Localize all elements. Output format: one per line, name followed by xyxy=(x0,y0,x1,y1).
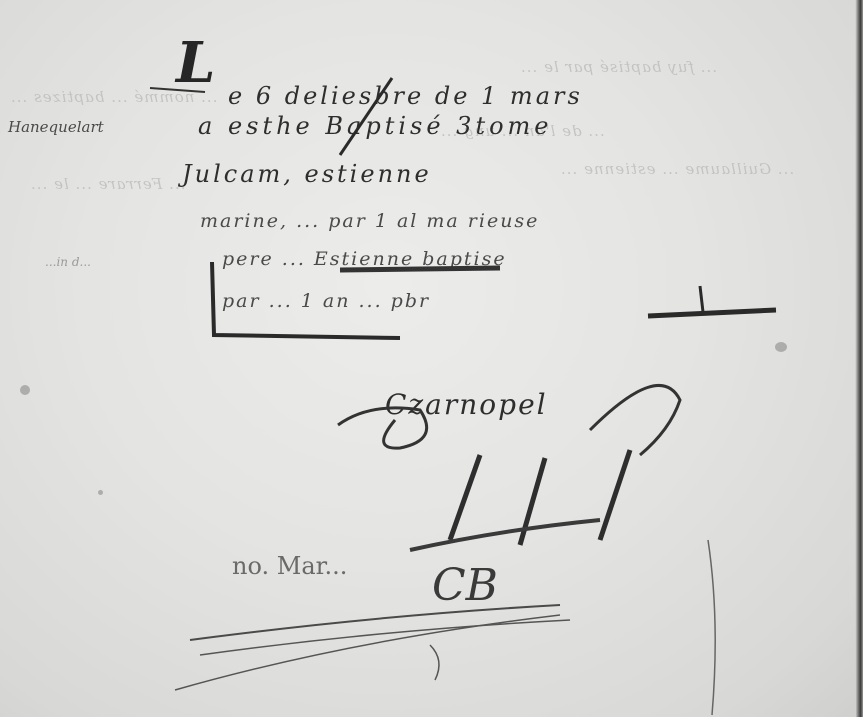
paper-speck xyxy=(98,490,103,495)
pen-strokes xyxy=(0,0,863,717)
paper-speck xyxy=(775,342,787,352)
manuscript-page: ... fuy baptisé par le ... ... nommé ...… xyxy=(0,0,863,717)
paper-speck xyxy=(20,385,30,395)
binding-edge xyxy=(855,0,863,717)
